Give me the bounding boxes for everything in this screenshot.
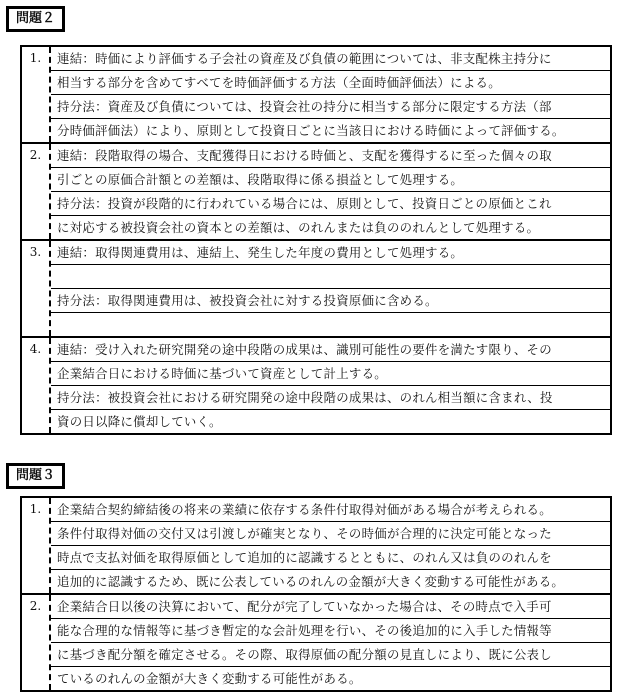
question-3-answer-table: 1. 企業結合契約締結後の将来の業績に依存する条件付取得対価がある場合が考えられ…: [20, 496, 612, 692]
item-number: 2.: [21, 594, 50, 691]
answer-line: 能な合理的な情報等に基づき暫定的な会計処理を行い、その後追加的に入手した情報等: [51, 619, 610, 643]
answer-line: 連結：時価により評価する子会社の資産及び負債の範囲については、非支配株主持分に: [51, 47, 610, 71]
answer-item-4: 4. 連結：受け入れた研究開発の途中段階の成果は、識別可能性の要件を満たす限り、…: [21, 337, 611, 434]
answer-line: 持分法：資産及び負債については、投資会社の持分に相当する部分に限定する方法（部: [51, 95, 610, 119]
answer-line: 連結：取得関連費用は、連結上、発生した年度の費用として処理する。: [51, 241, 610, 265]
answer-line: に対応する被投資会社の資本との差額は、のれんまたは負ののれんとして処理する。: [51, 216, 610, 239]
item-number: 2.: [21, 143, 50, 240]
answer-item-2: 2. 連結：段階取得の場合、支配獲得日における時価と、支配を獲得するに至った個々…: [21, 143, 611, 240]
answer-line: 資の日以降に償却していく。: [51, 410, 610, 433]
answer-item-1: 1. 連結：時価により評価する子会社の資産及び負債の範囲については、非支配株主持…: [21, 46, 611, 143]
item-number: 3.: [21, 240, 50, 337]
question-3-label: 問題３: [6, 463, 65, 489]
question-2-label: 問題２: [6, 6, 65, 32]
answer-line: 時点で支払対価を取得原価として追加的に認識するとともに、のれん又は負ののれんを: [51, 546, 610, 570]
answer-line: 持分法：投資が段階的に行われている場合には、原則として、投資日ごとの原価とこれ: [51, 192, 610, 216]
answer-line: 追加的に認識するため、既に公表しているのれんの金額が大きく変動する可能性がある。: [51, 570, 610, 593]
answer-line: に基づき配分額を確定させる。その際、取得原価の配分額の見直しにより、既に公表し: [51, 643, 610, 667]
answer-line: 連結：受け入れた研究開発の途中段階の成果は、識別可能性の要件を満たす限り、その: [51, 338, 610, 362]
answer-line: 持分法：取得関連費用は、被投資会社に対する投資原価に含める。: [51, 289, 610, 313]
answer-line: 条件付取得対価の交付又は引渡しが確実となり、その時価が合理的に決定可能となった: [51, 522, 610, 546]
answer-line: 企業結合日以後の決算において、配分が完了していなかった場合は、その時点で入手可: [51, 595, 610, 619]
answer-line: ているのれんの金額が大きく変動する可能性がある。: [51, 667, 610, 690]
answer-item-3: 3. 連結：取得関連費用は、連結上、発生した年度の費用として処理する。 持分法：…: [21, 240, 611, 337]
question-2-answer-table: 1. 連結：時価により評価する子会社の資産及び負債の範囲については、非支配株主持…: [20, 45, 612, 435]
answer-line: 引ごとの原価合計額との差額は、段階取得に係る損益として処理する。: [51, 168, 610, 192]
answer-line: 分時価評価法）により、原則として投資日ごとに当該日における時価によって評価する。: [51, 119, 610, 142]
answer-item-2: 2. 企業結合日以後の決算において、配分が完了していなかった場合は、その時点で入…: [21, 594, 611, 691]
item-number: 1.: [21, 497, 50, 594]
answer-line: 連結：段階取得の場合、支配獲得日における時価と、支配を獲得するに至った個々の取: [51, 144, 610, 168]
answer-line: 企業結合日における時価に基づいて資産として計上する。: [51, 362, 610, 386]
answer-line: 企業結合契約締結後の将来の業績に依存する条件付取得対価がある場合が考えられる。: [51, 498, 610, 522]
item-number: 4.: [21, 337, 50, 434]
answer-line-blank: [51, 265, 610, 289]
answer-line: 持分法：被投資会社における研究開発の途中段階の成果は、のれん相当額に含まれ、投: [51, 386, 610, 410]
answer-line: 相当する部分を含めてすべてを時価評価する方法（全面時価評価法）による。: [51, 71, 610, 95]
answer-line-blank: [51, 313, 610, 336]
item-number: 1.: [21, 46, 50, 143]
answer-item-1: 1. 企業結合契約締結後の将来の業績に依存する条件付取得対価がある場合が考えられ…: [21, 497, 611, 594]
